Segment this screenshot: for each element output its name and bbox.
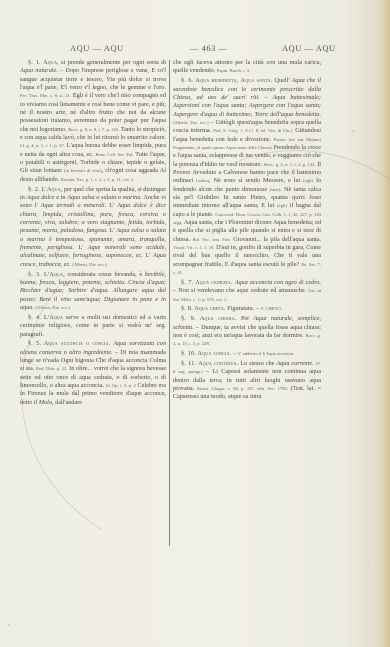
entry-heading: §. 10. Aqua concia. bbox=[181, 350, 232, 357]
entry-paragraph-9: §. 9. Aqua chiara. Per Aqua naturale, se… bbox=[173, 315, 321, 348]
entry-paragraph-6: §. 6. Aqua benedetta, Aqua santa. Quell'… bbox=[173, 77, 321, 277]
entry-text: L' bbox=[106, 202, 117, 209]
entry-text: Lo stesso che bbox=[238, 360, 276, 367]
entry-heading: §. 6. Aqua benedetta, Aqua santa. bbox=[181, 77, 272, 84]
paper-fleck bbox=[352, 130, 354, 132]
header-left-guideword: AQU — AQU bbox=[70, 43, 124, 53]
entry-heading: §. 5. Aqua acconcia o concia. bbox=[28, 340, 111, 347]
entry-paragraph-8: §. 8. Aqua cheta. Figuratam. – V. CHETO. bbox=[173, 305, 321, 313]
entry-text: e in bbox=[55, 194, 68, 201]
entry-heading: §. 4. L'Aqua bbox=[28, 314, 63, 321]
running-header: AQU — AQU — 463 — AQU — AQU bbox=[70, 43, 340, 57]
entry-text: , considerata come bevanda, è bbox=[63, 271, 145, 278]
citation: V. addietro il § Aqua acconcia. bbox=[238, 351, 294, 356]
entry-paragraph-11: §. 11. Aqua continua. Lo stesso che Aqua… bbox=[173, 360, 321, 402]
entry-paragraph-10: §. 10. Aqua concia. – V. addietro il § A… bbox=[173, 350, 321, 358]
citation: Salust. Giugur. c. 68, p. 187, edit. Sec… bbox=[197, 386, 288, 391]
entry-heading: §. 2. L'Aqua bbox=[28, 186, 61, 193]
entry-text: – Non si vendevano che aque cedrate ed a… bbox=[173, 287, 306, 294]
citation: (sine) bbox=[270, 187, 280, 192]
citation: Pec. Tass. Mer. c. 8; st. 21. bbox=[20, 93, 71, 98]
citation: Benv. Cell. Ser. Pal. bbox=[96, 152, 134, 157]
citation: (ai bevitori di vino) bbox=[64, 168, 102, 173]
entry-paragraph-4: §. 4. L'Aqua serve a molti usi domestici… bbox=[20, 314, 166, 339]
left-column: §. 1. Aqua, si prende generalmente per o… bbox=[20, 59, 166, 409]
citation: Bocc. g. 8, n. 9, t. 7, p. 263. bbox=[68, 127, 119, 132]
entry-heading: §. 11. Aqua continua. bbox=[181, 360, 238, 367]
entry-heading: §. 8. Aqua cheta. bbox=[181, 305, 226, 312]
entry-italic: Aqua dolce bbox=[26, 194, 54, 201]
entry-text: – Dunque, ta avvisi che quella fosse aqu… bbox=[173, 324, 321, 339]
entry-paragraph-5: §. 5. Aqua acconcia o concia. Aqua sorvi… bbox=[20, 340, 166, 407]
entry-text: L' bbox=[74, 244, 88, 251]
citation: (egli) bbox=[277, 203, 287, 208]
citation: Red. Ditir. p. 22. bbox=[36, 366, 67, 371]
entry-text: , Nè sono sì sendo Messere, e lui bbox=[209, 177, 300, 184]
entry-paragraph-continuation: che egli faceva attorno per la città con… bbox=[173, 59, 321, 76]
page-edge bbox=[382, 0, 390, 647]
citation: Bocc. g. 2, n. 1, t. 2, p. 132. bbox=[264, 162, 316, 167]
page-number: — 463 — bbox=[190, 43, 228, 53]
scanned-page: AQU — AQU — 463 — AQU — AQU §. 1. Aqua, … bbox=[0, 0, 390, 647]
entry-paragraph-3: §. 3. L'Aqua, considerata come bevanda, … bbox=[20, 271, 166, 313]
entry-paragraph-2: §. 2. L'Aqua, per quel che spetta la qua… bbox=[20, 186, 166, 269]
entry-text: – bbox=[232, 350, 237, 357]
entry-paragraph-7: §. 7. Aqua cedrata. Aqua acconcia con ag… bbox=[173, 279, 321, 304]
entry-italic: Aque termali o minerali. bbox=[41, 202, 106, 209]
citation: (Alberti, Diz. ecc.) bbox=[72, 262, 107, 267]
entry-text: Giovanni... la pila dell'aqua santa. bbox=[231, 236, 321, 243]
entry-italic: Aqua corrente. bbox=[276, 360, 313, 367]
entry-paragraph-1: §. 1. Aqua, si prende generalmente per o… bbox=[20, 59, 166, 184]
entry-text: Figuratam. – bbox=[226, 305, 259, 312]
entry-text: L' bbox=[143, 252, 153, 259]
citation: Papin. Burch. i. 3. bbox=[217, 68, 250, 73]
citation: Pod. S. Greg. 1, 8 (7, 8; ed. Ven. di Vi… bbox=[213, 128, 293, 133]
paper-fleck bbox=[367, 565, 369, 567]
citation: (salita) bbox=[196, 178, 209, 183]
citation: Id. Op. t. 5, p. 2 bbox=[106, 383, 136, 388]
citation: Vasari. Vit. c. 1, 1. 18. bbox=[173, 245, 214, 250]
citation: (Alberti, Diz. ecc.) bbox=[35, 305, 70, 310]
entry-heading: §. 9. Aqua chiara. bbox=[181, 315, 237, 322]
entry-text: , si prende generalmente per ogni sorta … bbox=[57, 59, 166, 66]
entry-text: Quell' bbox=[272, 77, 291, 84]
entry-italic: Aqua acconcia con agro di cedro. bbox=[235, 279, 321, 286]
column-divider bbox=[169, 60, 170, 546]
header-right-guideword: AQU — AQU bbox=[282, 43, 336, 53]
entry-italic: Aqua salsa o salata o marina. bbox=[67, 194, 142, 201]
entry-heading: §. 7. Aqua cedrata. bbox=[181, 279, 233, 286]
entry-italic: Mula bbox=[39, 399, 52, 406]
citation: Id. g. 4, n. 1, t. 1, p. 47. bbox=[20, 143, 65, 148]
entry-text: Per bbox=[237, 315, 254, 322]
paper-fleck bbox=[8, 624, 10, 626]
entry-heading: §. 1. Aqua bbox=[28, 59, 57, 66]
citation: V. CHETO. bbox=[260, 306, 281, 311]
entry-italic: Aqua naturale. bbox=[20, 67, 58, 74]
entry-text: , dall'andare bbox=[52, 399, 82, 406]
entry-heading: §. 3. L'Aqua bbox=[28, 271, 63, 278]
citation: Bal. Voc. ann. Fior. bbox=[193, 237, 231, 242]
right-column: che egli faceva attorno per la città con… bbox=[173, 59, 321, 403]
citation: (egli) bbox=[303, 178, 313, 183]
citation: (Alberti, Diz. ecc.) bbox=[173, 120, 209, 125]
citation: Rossini. Fav. g. 1, s. 2, t. 3, p. 11, c… bbox=[61, 177, 135, 182]
